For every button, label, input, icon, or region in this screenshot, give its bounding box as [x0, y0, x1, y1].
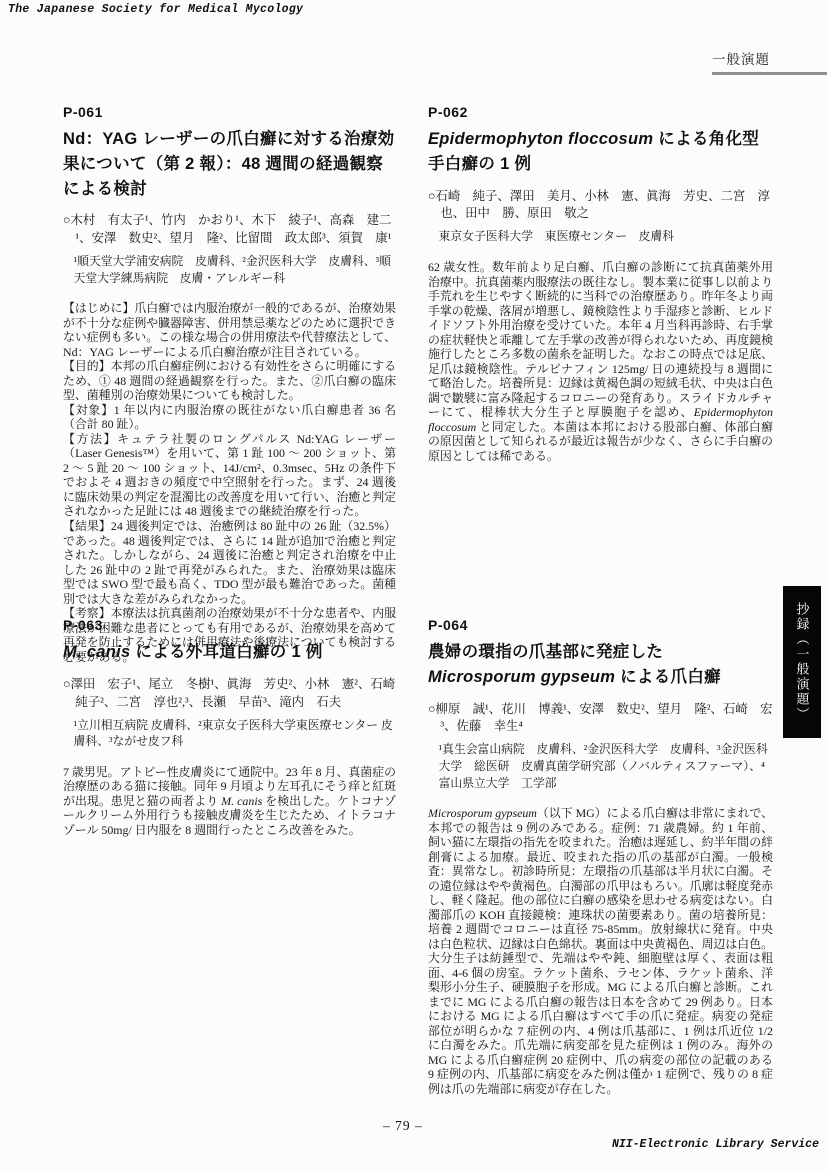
section-label: 一般演題: [712, 48, 827, 75]
abstract-p063: P-063 M. canis による外耳道白癬の 1 例 ○澤田 宏子¹、尾立 …: [63, 617, 396, 837]
abstract-id: P-064: [428, 617, 773, 633]
abstract-body: 62 歳女性。数年前より足白癬、爪白癬の診断にて抗真菌薬外用治療中。抗真菌薬内服…: [428, 260, 773, 463]
abstract-body: Microsporum gypseum（以下 MG）による爪白癬は非常にまれで、…: [428, 806, 773, 1096]
abstract-id: P-062: [428, 104, 773, 120]
abstract-title: M. canis による外耳道白癬の 1 例: [63, 640, 396, 665]
abstract-authors: ○澤田 宏子¹、尾立 冬樹¹、眞海 芳史²、小林 憲²、石崎 純子²、二宮 淳也…: [63, 676, 396, 712]
abstract-body: 7 歳男児。アトピー性皮膚炎にて通院中。23 年 8 月、真菌症の治療歴のある猫…: [63, 765, 396, 838]
abstract-paragraph: 62 歳女性。数年前より足白癬、爪白癬の診断にて抗真菌薬外用治療中。抗真菌薬内服…: [428, 260, 773, 463]
library-service-footer: NII-Electronic Library Service: [612, 1138, 819, 1151]
abstract-paragraph: 【対象】1 年以内に内服治療の既往がない爪白癬患者 36 名（合計 80 趾）。: [63, 403, 396, 432]
abstract-paragraph: 7 歳男児。アトピー性皮膚炎にて通院中。23 年 8 月、真菌症の治療歴のある猫…: [63, 765, 396, 838]
side-tab-shoroku: 抄録（一般演題）: [783, 586, 821, 738]
abstract-authors: ○石崎 純子、澤田 美月、小林 憲、眞海 芳史、二宮 淳也、田中 勝、原田 敬之: [428, 188, 773, 224]
abstract-paragraph: 【目的】本邦の爪白癬症例における有効性をさらに明確にするため、① 48 週間の経…: [63, 359, 396, 403]
abstract-title: Nd：YAG レーザーの爪白癬に対する治療効果について（第 2 報）：48 週間…: [63, 127, 396, 201]
abstract-p061: P-061 Nd：YAG レーザーの爪白癬に対する治療効果について（第 2 報）…: [63, 104, 396, 664]
side-tab-text: 抄録（一般演題）: [793, 602, 812, 722]
abstract-body: 【はじめに】爪白癬では内服治療が一般的であるが、治療効果が不十分な症例や臓器障害…: [63, 301, 396, 664]
abstract-title: 農婦の環指の爪基部に発症した Microsporum gypseum による爪白…: [428, 640, 773, 690]
abstract-affiliations: ¹立川相互病院 皮膚科、²東京女子医科大学東医療センター 皮膚科、³ながせ皮フ科: [63, 717, 396, 750]
abstract-paragraph: 【はじめに】爪白癬では内服治療が一般的であるが、治療効果が不十分な症例や臓器障害…: [63, 301, 396, 359]
abstract-title: Epidermophyton floccosum による角化型手白癬の 1 例: [428, 127, 773, 177]
society-header-text: The Japanese Society for Medical Mycolog…: [8, 3, 303, 16]
abstract-authors: ○柳原 誠¹、花川 博義¹、安澤 数史²、望月 隆²、石崎 宏³、佐藤 幸生⁴: [428, 701, 773, 737]
section-label-text: 一般演題: [712, 52, 770, 67]
abstract-p062: P-062 Epidermophyton floccosum による角化型手白癬…: [428, 104, 773, 463]
abstract-authors: ○木村 有太子¹、竹内 かおり¹、木下 綾子¹、高森 建二¹、安澤 数史²、望月…: [63, 212, 396, 248]
abstract-paragraph: 【結果】24 週後判定では、治癒例は 80 趾中の 26 趾（32.5%）であっ…: [63, 519, 396, 606]
abstract-affiliations: ¹真生会富山病院 皮膚科、²金沢医科大学 皮膚科、³金沢医科大学 総医研 皮膚真…: [428, 741, 773, 791]
abstract-affiliations: 東京女子医科大学 東医療センター 皮膚科: [428, 228, 773, 245]
page-number: – 79 –: [383, 1118, 423, 1134]
abstract-id: P-063: [63, 617, 396, 633]
abstract-p064: P-064 農婦の環指の爪基部に発症した Microsporum gypseum…: [428, 617, 773, 1096]
abstract-paragraph: 【方法】キュテラ社製のロングパルス Nd:YAG レーザー（Laser Gene…: [63, 432, 396, 519]
abstract-paragraph: Microsporum gypseum（以下 MG）による爪白癬は非常にまれで、…: [428, 806, 773, 1096]
abstract-id: P-061: [63, 104, 396, 120]
scanned-abstract-page: The Japanese Society for Medical Mycolog…: [0, 0, 827, 1170]
abstract-affiliations: ¹順天堂大学浦安病院 皮膚科、²金沢医科大学 皮膚科、³順天堂大学練馬病院 皮膚…: [63, 253, 396, 286]
